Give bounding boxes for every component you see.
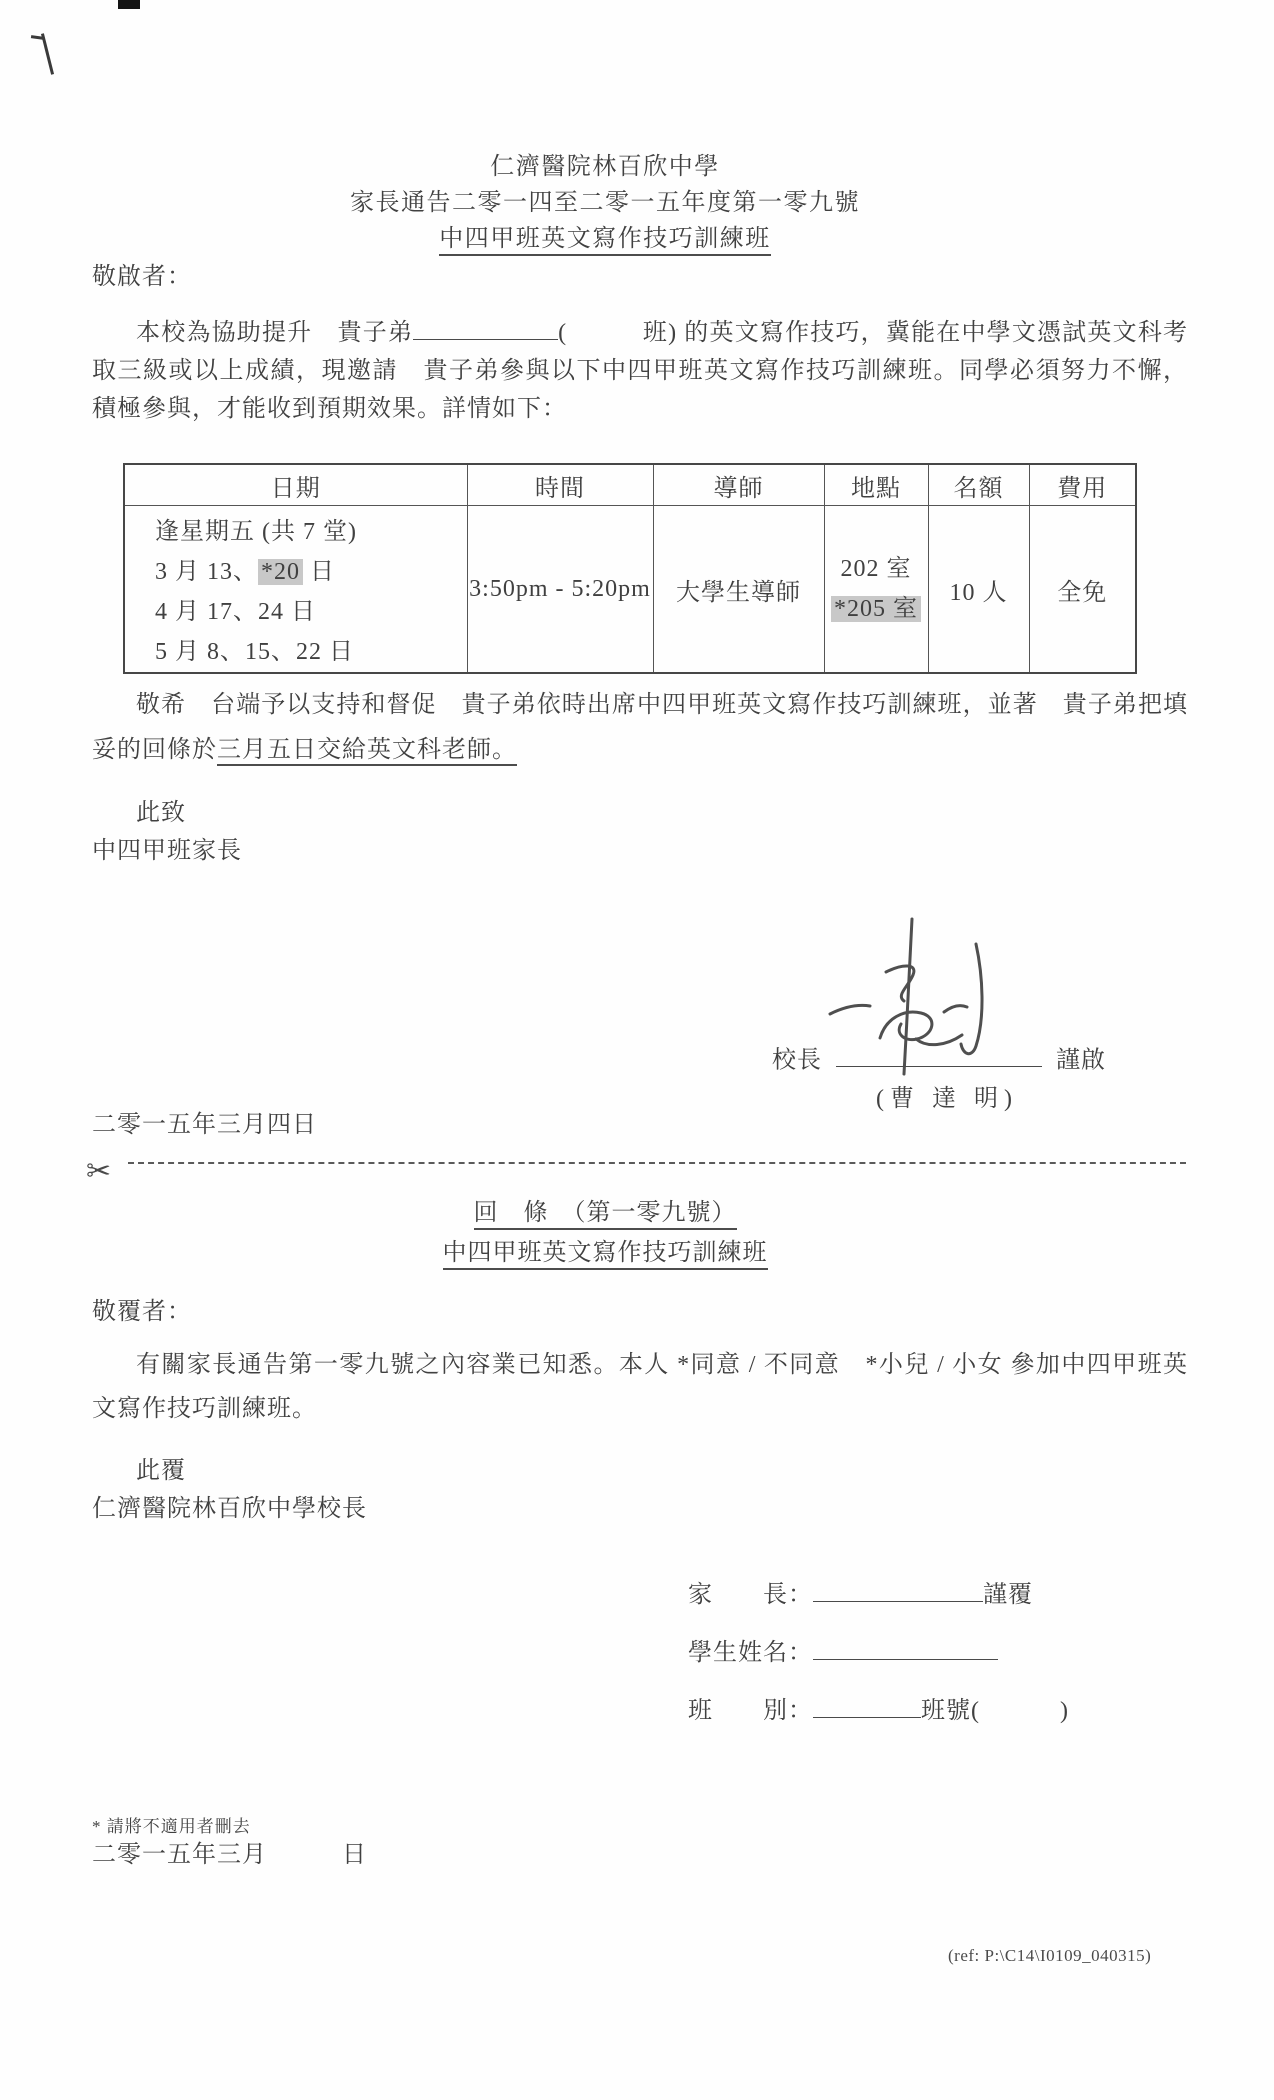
parent-suffix: 謹覆 <box>983 1582 1033 1608</box>
student-label: 學生姓名： <box>688 1640 813 1666</box>
parent-signature-blank <box>813 1577 983 1602</box>
col-header-venue: 地點 <box>824 464 928 506</box>
closing-cizhi: 此致 <box>136 794 186 832</box>
reply-cifu: 此覆 <box>136 1452 186 1490</box>
signature-suffix: 謹啟 <box>1056 1047 1106 1073</box>
parent-field-row: 家 長：謹覆 <box>688 1566 1069 1624</box>
cell-venue: 202 室 *205 室 <box>824 506 928 674</box>
scan-artifact <box>118 0 140 9</box>
col-header-tutor: 導師 <box>653 464 824 506</box>
schedule-table: 日期 時間 導師 地點 名額 費用 逢星期五 (共 7 堂) 3 月 13、*2… <box>123 463 1137 674</box>
class-number-label: 班號( <box>921 1698 980 1724</box>
highlighted-date: *20 <box>258 559 303 585</box>
col-header-quota: 名額 <box>928 464 1029 506</box>
cell-tutor: 大學生導師 <box>653 506 824 674</box>
date-line-1: 逢星期五 (共 7 堂) <box>155 512 459 552</box>
scissors-icon: ✂ <box>86 1154 111 1189</box>
col-header-time: 時間 <box>467 464 653 506</box>
signature-line <box>836 1040 1042 1067</box>
reply-body: 有關家長通告第一零九號之內容業已知悉。本人 *同意 / 不同意 *小兒 / 小女… <box>92 1343 1188 1431</box>
reply-date: 二零一五年三月 日 <box>92 1836 367 1874</box>
intro-paragraph: 本校為協助提升 貴子弟( 班) 的英文寫作技巧，冀能在中學文憑試英文科考取三級或… <box>92 314 1188 428</box>
date-line-4: 5 月 8、15、22 日 <box>155 632 459 672</box>
col-header-date: 日期 <box>124 464 467 506</box>
student-name-blank <box>413 315 558 340</box>
reference-code: (ref: P:\C14\I0109_040315) <box>948 1946 1151 1966</box>
school-name: 仁濟醫院林百欣中學 <box>90 149 1120 185</box>
date-line-3: 4 月 17、24 日 <box>155 592 459 632</box>
highlighted-venue: *205 室 <box>831 596 921 622</box>
delete-note: * 請將不適用者刪去 <box>92 1812 251 1837</box>
class-field-row: 班 別：班號() <box>688 1682 1069 1740</box>
table-header-row: 日期 時間 導師 地點 名額 費用 <box>124 464 1136 506</box>
principal-label: 校長 <box>772 1047 822 1073</box>
reply-salutation: 敬覆者： <box>92 1293 192 1331</box>
principal-name: (曹 達 明) <box>876 1080 1018 1118</box>
reply-slip-subject: 中四甲班英文寫作技巧訓練班 <box>90 1234 1120 1272</box>
intro-text-1: 本校為協助提升 貴子弟 <box>136 320 413 346</box>
reply-recipient: 仁濟醫院林百欣中學校長 <box>92 1490 367 1528</box>
salutation: 敬啟者： <box>92 258 192 296</box>
venue-line-1: 202 室 <box>826 549 927 589</box>
cut-dashed-line <box>128 1162 1186 1164</box>
date-line-2: 3 月 13、*20 日 <box>155 552 459 592</box>
closing-recipient: 中四甲班家長 <box>92 832 242 870</box>
signature-row: 校長謹啟 <box>772 1040 1106 1079</box>
subject-title: 中四甲班英文寫作技巧訓練班 <box>439 226 771 256</box>
student-field-row: 學生姓名： <box>688 1624 1069 1682</box>
notice-number: 家長通告二零一四至二零一五年度第一零九號 <box>90 185 1120 221</box>
class-blank <box>813 1693 921 1718</box>
venue-line-2: *205 室 <box>826 589 927 629</box>
request-paragraph: 敬希 台端予以支持和督促 貴子弟依時出席中四甲班英文寫作技巧訓練班，並著 貴子弟… <box>92 683 1188 773</box>
cell-fee: 全免 <box>1029 506 1136 674</box>
reply-form: 家 長：謹覆 學生姓名： 班 別：班號() <box>688 1566 1069 1740</box>
col-header-fee: 費用 <box>1029 464 1136 506</box>
scan-artifact <box>31 35 44 40</box>
document-page: 仁濟醫院林百欣中學 家長通告二零一四至二零一五年度第一零九號 中四甲班英文寫作技… <box>0 0 1274 2100</box>
cell-quota: 10 人 <box>928 506 1029 674</box>
student-name-blank-field <box>813 1635 998 1660</box>
deadline-underlined: 三月五日交給英文科老師。 <box>217 737 517 766</box>
class-label: 班 別： <box>688 1698 813 1724</box>
cell-time: 3:50pm - 5:20pm <box>467 506 653 674</box>
table-row: 逢星期五 (共 7 堂) 3 月 13、*20 日 4 月 17、24 日 5 … <box>124 506 1136 674</box>
issue-date: 二零一五年三月四日 <box>92 1106 317 1144</box>
parent-label: 家 長： <box>688 1582 813 1608</box>
reply-slip-title: 回 條 （第一零九號） <box>90 1194 1120 1232</box>
cell-dates: 逢星期五 (共 7 堂) 3 月 13、*20 日 4 月 17、24 日 5 … <box>124 506 467 674</box>
letter-header: 仁濟醫院林百欣中學 家長通告二零一四至二零一五年度第一零九號 中四甲班英文寫作技… <box>90 149 1120 257</box>
